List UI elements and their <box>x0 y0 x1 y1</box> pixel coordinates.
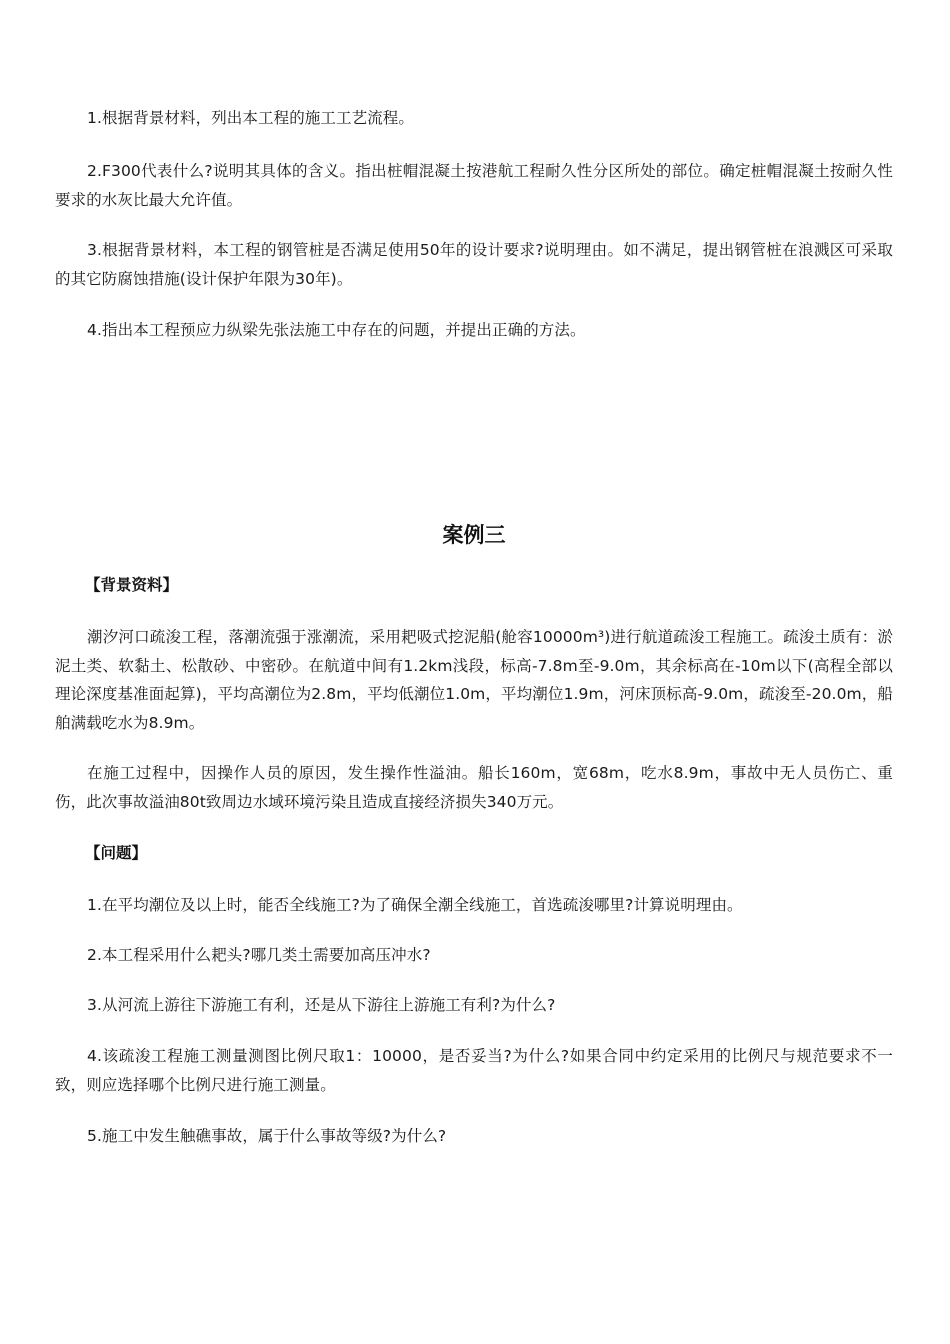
prev-question-1: 1.根据背景材料，列出本工程的施工工艺流程。 <box>55 104 893 133</box>
background-label: 【背景资料】 <box>85 573 178 595</box>
background-paragraph-2: 在施工过程中，因操作人员的原因，发生操作性溢油。船长160m，宽68m，吃水8.… <box>55 759 893 816</box>
prev-question-3: 3.根据背景材料，本工程的钢管桩是否满足使用50年的设计要求?说明理由。如不满足… <box>55 236 893 293</box>
question-1: 1.在平均潮位及以上时，能否全线施工?为了确保全潮全线施工，首选疏浚哪里?计算说… <box>55 891 893 920</box>
background-paragraph-1: 潮汐河口疏浚工程，落潮流强于涨潮流，采用耙吸式挖泥船(舱容10000m³)进行航… <box>55 623 893 737</box>
question-5: 5.施工中发生触礁事故，属于什么事故等级?为什么? <box>55 1122 893 1151</box>
question-4: 4.该疏浚工程施工测量测图比例尺取1：10000，是否妥当?为什么?如果合同中约… <box>55 1042 893 1099</box>
questions-label: 【问题】 <box>85 841 147 863</box>
case-title: 案例三 <box>55 519 893 549</box>
prev-question-2: 2.F300代表什么?说明其具体的含义。指出桩帽混凝土按港航工程耐久性分区所处的… <box>55 157 893 214</box>
prev-question-4: 4.指出本工程预应力纵梁先张法施工中存在的问题，并提出正确的方法。 <box>55 316 893 345</box>
question-2: 2.本工程采用什么耙头?哪几类土需要加高压冲水? <box>55 941 893 970</box>
question-3: 3.从河流上游往下游施工有利，还是从下游往上游施工有利?为什么? <box>55 991 893 1020</box>
